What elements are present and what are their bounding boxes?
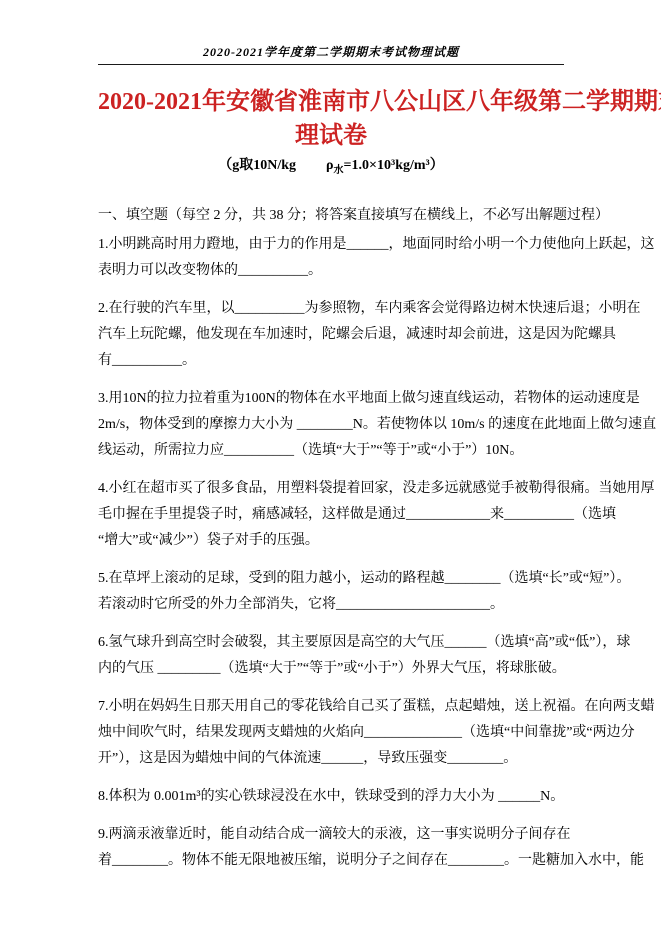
constants-g: （g取10N/kg	[218, 158, 296, 173]
question-item: 7.小明在妈妈生日那天用自己的零花钱给自己买了蛋糕，点起蜡烛，送上祝福。在向两支…	[98, 694, 564, 772]
exam-title-line-2: 理试卷	[98, 119, 564, 153]
section-heading: 一、填空题（每空 2 分，共 38 分；将答案直接填写在横线上，不必写出解题过程…	[98, 203, 564, 229]
question-line: 9.两滴汞液靠近时，能自动结合成一滴较大的汞液，这一事实说明分子间存在	[98, 822, 564, 848]
question-item: 5.在草坪上滚动的足球，受到的阻力越小，运动的路程越________（选填“长”…	[98, 566, 564, 618]
question-line: 4.小红在超市买了很多食品，用塑料袋提着回家，没走多远就感觉手被勒得很痛。当她用…	[98, 476, 564, 502]
question-line: 2.在行驶的汽车里，以__________为参照物，车内乘客会觉得路边树木快速后…	[98, 296, 564, 322]
question-item: 1.小明跳高时用力蹬地，由于力的作用是______，地面同时给小明一个力使他向上…	[98, 232, 564, 284]
question-line: 7.小明在妈妈生日那天用自己的零花钱给自己买了蛋糕，点起蜡烛，送上祝福。在向两支…	[98, 694, 564, 720]
question-line: 8.体积为 0.001m³的实心铁球浸没在水中，铁球受到的浮力大小为 _____…	[98, 784, 564, 810]
header-divider	[98, 64, 564, 65]
question-line: 若滚动时它所受的外力全部消失，它将______________________。	[98, 592, 564, 618]
question-line: 表明力可以改变物体的__________。	[98, 258, 564, 284]
question-line: 线运动，所需拉力应__________（选填“大于”“等于”或“小于”）10N。	[98, 438, 564, 464]
document-header-text: 2020-2021学年度第二学期期末考试物理试题	[98, 44, 564, 60]
exam-title-line-1: 2020-2021年安徽省淮南市八公山区八年级第二学期期末物	[98, 85, 564, 119]
questions: 1.小明跳高时用力蹬地，由于力的作用是______，地面同时给小明一个力使他向上…	[98, 232, 564, 874]
exam-title: 2020-2021年安徽省淮南市八公山区八年级第二学期期末物 理试卷	[98, 85, 564, 153]
constants-line: （g取10N/kgρ水=1.0×10³kg/m³）	[98, 156, 564, 181]
question-line: 毛巾握在手里提袋子时，痛感减轻，这样做是通过____________来_____…	[98, 502, 564, 528]
question-line: 3.用10N的拉力拉着重为100N的物体在水平地面上做匀速直线运动，若物体的运动…	[98, 386, 564, 412]
question-line: 1.小明跳高时用力蹬地，由于力的作用是______，地面同时给小明一个力使他向上…	[98, 232, 564, 258]
question-item: 8.体积为 0.001m³的实心铁球浸没在水中，铁球受到的浮力大小为 _____…	[98, 784, 564, 810]
question-line: 汽车上玩陀螺，他发现在车加速时，陀螺会后退，减速时却会前进，这是因为陀螺具	[98, 322, 564, 348]
question-line: 烛中间吹气时，结果发现两支蜡烛的火焰向______________（选填“中间靠…	[98, 720, 564, 746]
question-item: 9.两滴汞液靠近时，能自动结合成一滴较大的汞液，这一事实说明分子间存在着____…	[98, 822, 564, 874]
question-item: 3.用10N的拉力拉着重为100N的物体在水平地面上做匀速直线运动，若物体的运动…	[98, 386, 564, 464]
question-line: 有__________。	[98, 348, 564, 374]
question-line: 内的气压 _________（选填“大于”“等于”或“小于”）外界大气压，将球胀…	[98, 656, 564, 682]
constants-rho-subscript: 水	[334, 165, 344, 176]
constants-rho-value: =1.0×10³kg/m³）	[344, 158, 444, 173]
question-line: 5.在草坪上滚动的足球，受到的阻力越小，运动的路程越________（选填“长”…	[98, 566, 564, 592]
question-line: 着________。物体不能无限地被压缩，说明分子之间存在________。一匙…	[98, 848, 564, 874]
question-line: 6.氢气球升到高空时会破裂，其主要原因是高空的大气压______（选填“高”或“…	[98, 630, 564, 656]
question-item: 6.氢气球升到高空时会破裂，其主要原因是高空的大气压______（选填“高”或“…	[98, 630, 564, 682]
document-page: 2020-2021学年度第二学期期末考试物理试题 2020-2021年安徽省淮南…	[0, 0, 661, 935]
question-line: “增大”或“减少”）袋子对手的压强。	[98, 528, 564, 554]
question-item: 2.在行驶的汽车里，以__________为参照物，车内乘客会觉得路边树木快速后…	[98, 296, 564, 374]
question-line: 开”），这是因为蜡烛中间的气体流速______，导致压强变________。	[98, 746, 564, 772]
question-item: 4.小红在超市买了很多食品，用塑料袋提着回家，没走多远就感觉手被勒得很痛。当她用…	[98, 476, 564, 554]
question-line: 2m/s，物体受到的摩擦力大小为 ________N。若使物体以 10m/s 的…	[98, 412, 564, 438]
constants-rho-symbol: ρ	[326, 158, 334, 173]
